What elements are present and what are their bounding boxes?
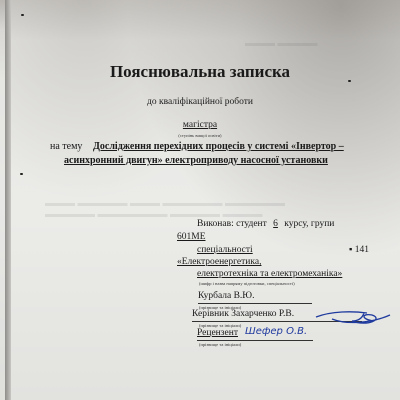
document-title: Пояснювальна записка	[0, 62, 400, 82]
degree-caption: (ступінь вищої освіти)	[0, 133, 400, 138]
specialty-code: ▪ 141	[349, 245, 369, 255]
punch-mark	[21, 14, 24, 16]
specialty-row: спеціальності ▪ 141	[197, 245, 369, 255]
student-name: Курбала В.Ю.	[198, 291, 254, 301]
student-signature-line	[198, 303, 312, 304]
supervisor-label: Керівник	[192, 309, 229, 319]
topic-label: на тему	[50, 141, 82, 152]
topic-line-1: Дослідження перехідних процесів у систем…	[93, 141, 344, 152]
group-value: 601МЕ	[177, 232, 206, 242]
page-edge-shadow	[5, 0, 11, 400]
reviewer-label: Рецензент	[197, 328, 238, 338]
punch-mark	[20, 173, 23, 175]
reviewer-signature-line	[197, 340, 313, 341]
performer-row: Виконав: студент 6 курсу, групи	[197, 219, 334, 229]
reviewer-caption: (прізвище та ініціали)	[199, 342, 241, 347]
supervisor-name: Захарченко Р.В.	[231, 309, 294, 319]
document-subtitle: до кваліфікаційної роботи	[0, 97, 400, 107]
performer-label: Виконав: студент	[197, 219, 267, 229]
specialty-name-line-2: електротехніка та електромеханіка»	[197, 269, 342, 279]
specialty-caption: (шифр і назва напряму підготовки, спеціа…	[199, 281, 295, 286]
supervisor-row: Керівник Захарченко Р.В.	[192, 309, 294, 319]
specialty-name-line-1: «Електроенергетика,	[177, 257, 261, 267]
course-value: 6	[273, 219, 278, 229]
degree-field: магістра	[0, 120, 400, 130]
course-suffix: курсу, групи	[284, 219, 334, 229]
specialty-label: спеціальності	[197, 245, 253, 255]
bleed-through-text: ▬▬▬ ▬▬▬▬	[245, 38, 318, 49]
topic-line-2: асинхронний двигун» електроприводу насос…	[64, 155, 328, 166]
degree-value: магістра	[183, 120, 217, 130]
reviewer-name-handwritten: Шефер О.В.	[245, 326, 307, 337]
supervisor-signature	[312, 305, 392, 327]
bleed-through-text: ▬▬▬ ▬▬▬▬▬ ▬▬▬ ▬▬▬▬▬▬ ▬▬▬▬▬▬▬▬▬▬▬ ▬▬▬▬▬▬▬…	[45, 198, 385, 220]
